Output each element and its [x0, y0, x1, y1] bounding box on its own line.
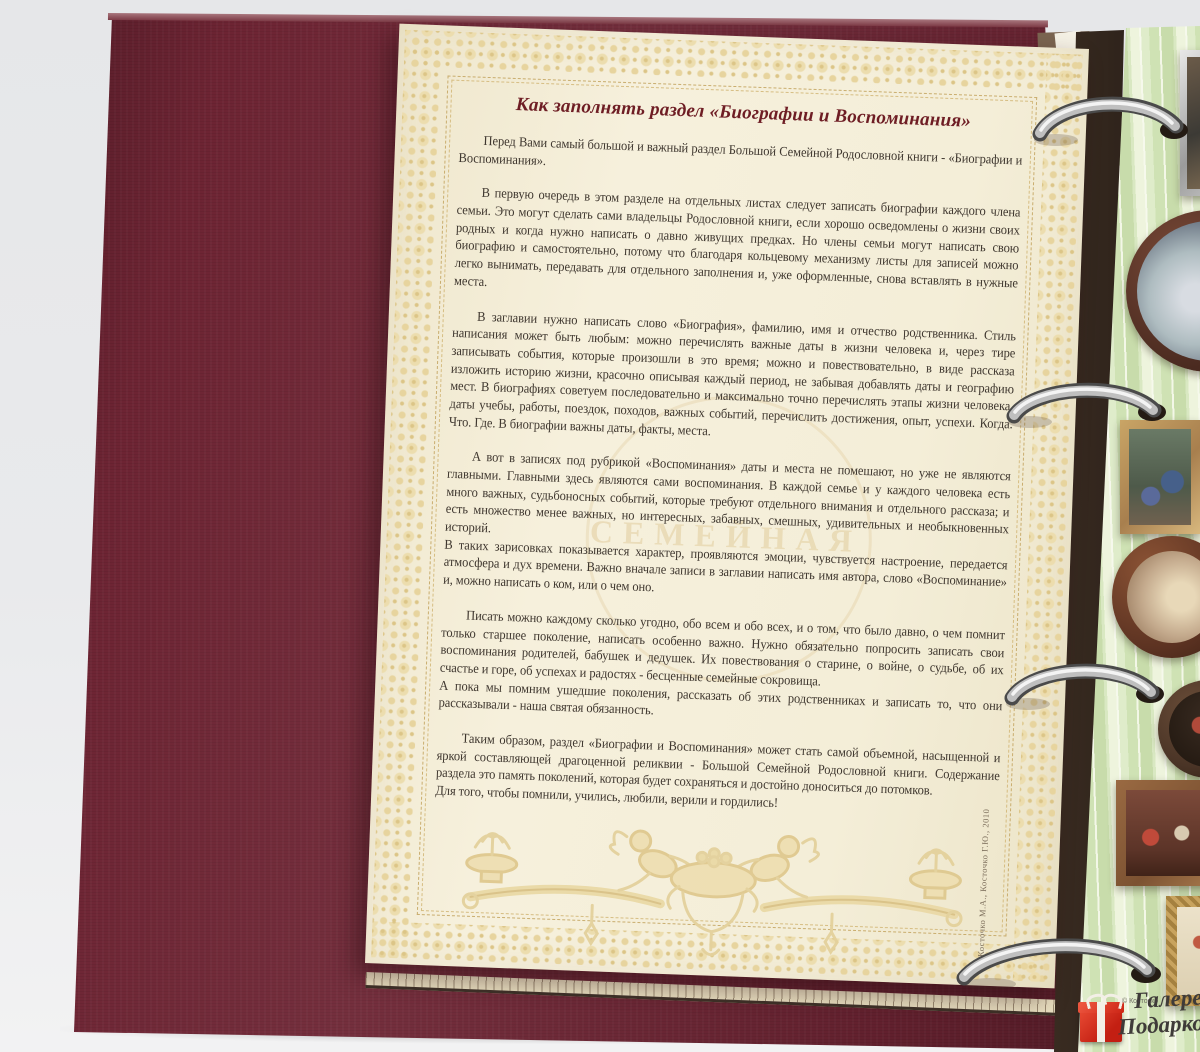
cherub-ornament [441, 800, 986, 970]
framed-photo [1129, 429, 1191, 525]
gift-ribbon [1097, 1002, 1105, 1042]
binder-ring-4 [950, 926, 1170, 992]
binder-ring-2 [1000, 372, 1175, 430]
photo-frame-gold-rect-children [1120, 420, 1200, 534]
watermark-logo-line1: Галерея [1133, 984, 1200, 1014]
framed-photo [1169, 691, 1200, 767]
watermark-logo-line2: Подарков [1117, 1010, 1200, 1041]
framed-photo [1177, 907, 1200, 995]
photographer-watermark: © Косточко Галерея Подарков [1072, 988, 1200, 1052]
framed-photo [1127, 551, 1200, 643]
paragraph: Перед Вами самый большой и важный раздел… [458, 131, 1022, 187]
paragraph: В заглавии нужно написать слово «Биограф… [449, 306, 1017, 450]
instruction-page: СЕМЕЙНАЯ Как заполнять раздел «Биографии… [365, 24, 1089, 989]
framed-photo [1137, 221, 1200, 361]
body-text: Перед Вами самый большой и важный раздел… [435, 131, 1023, 820]
photo-frame-wood-family [1116, 780, 1200, 886]
framed-photo [1126, 790, 1200, 876]
paragraph: В первую очередь в этом разделе на отдел… [454, 183, 1021, 310]
binder-ring-3 [998, 652, 1173, 712]
binder-ring-1 [1026, 86, 1196, 148]
